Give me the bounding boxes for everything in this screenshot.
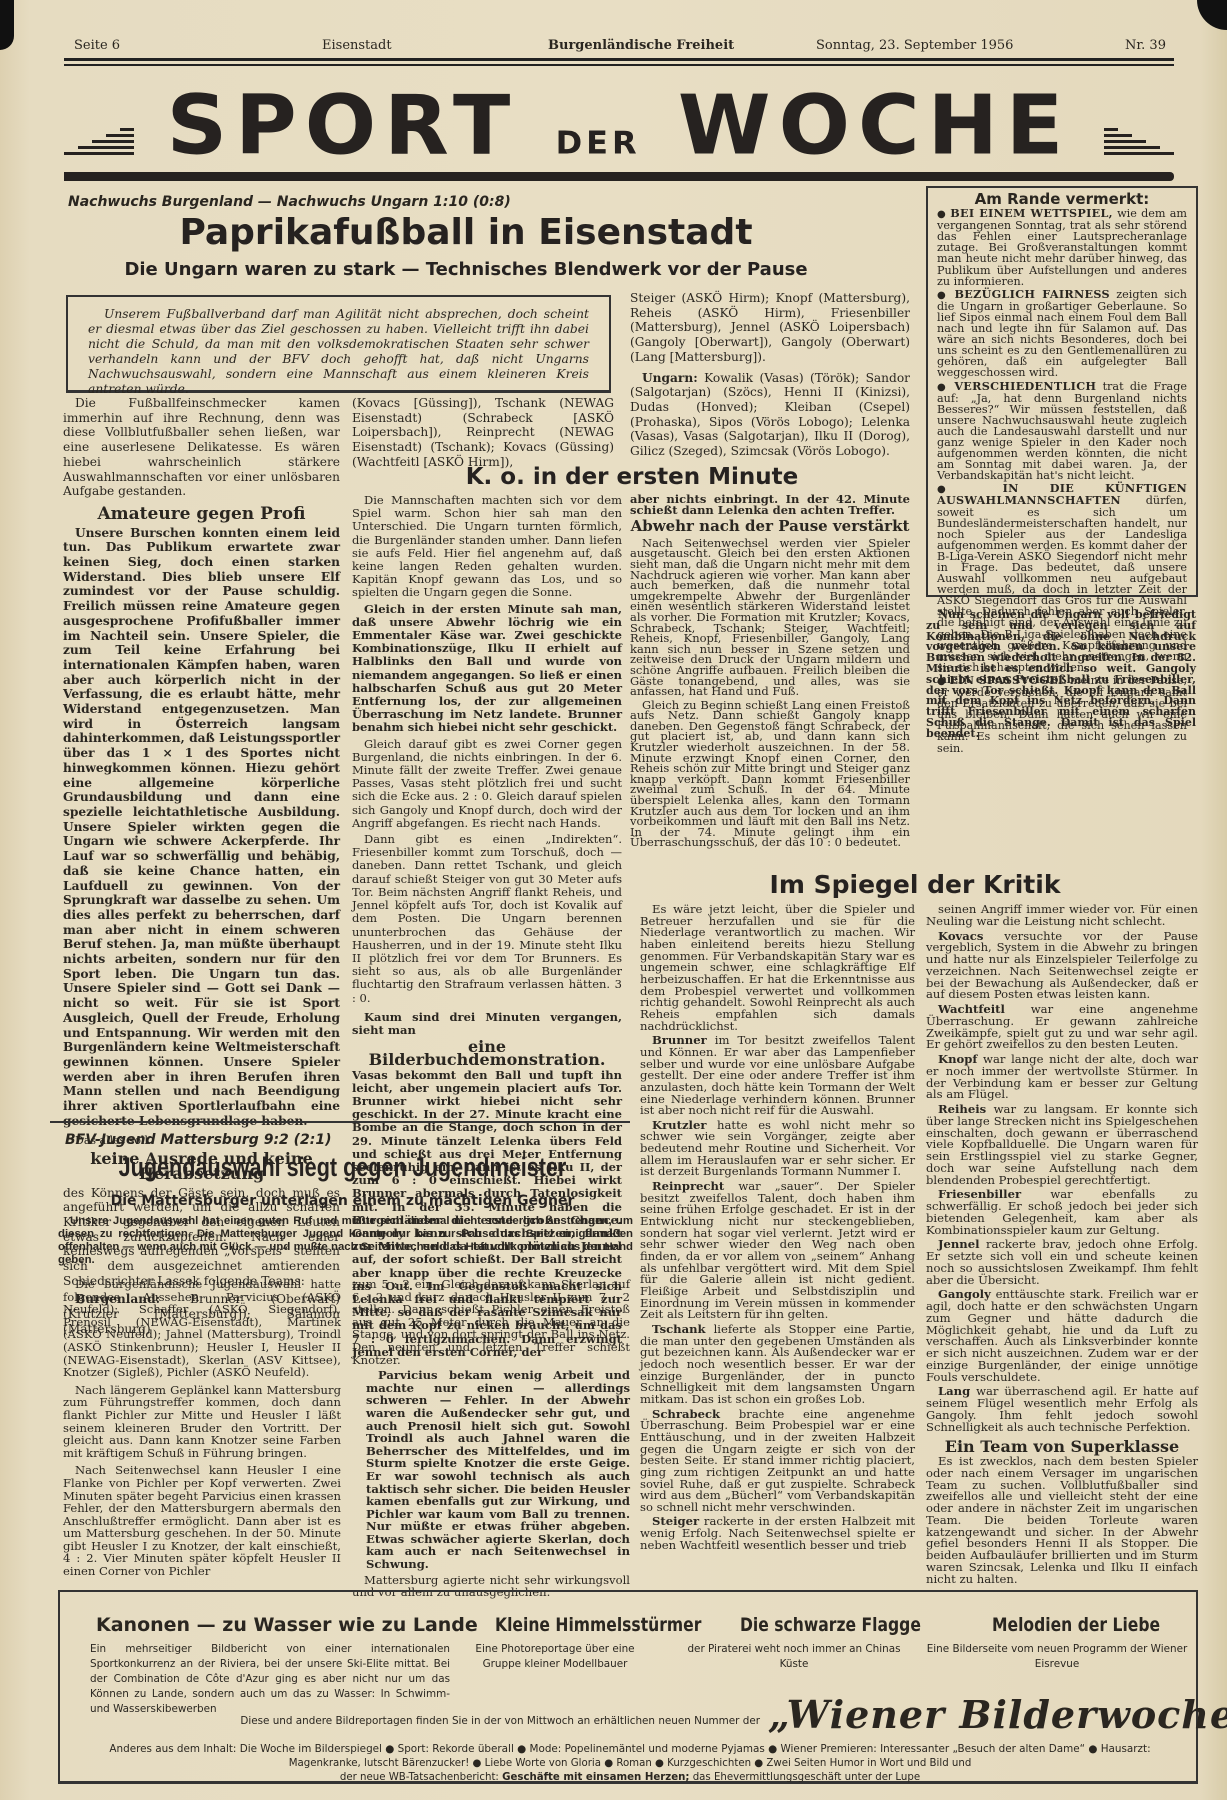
player-review: Knopf war lange nicht der alte, doch war… [926,1054,1198,1101]
scan-corner [0,0,14,50]
box-title: Am Rande vermerkt: [937,194,1187,205]
section-rule [50,1121,630,1123]
ad-text: Ein mehrseitiger Bildbericht von einer i… [90,1642,450,1717]
paragraph: Steiger (ASKÖ Hirm); Knopf (Mattersburg)… [630,291,910,365]
ad-text: der Piraterei weht noch immer an Chinas … [674,1642,914,1672]
paragraph: Es ist zwecklos, nach dem besten Spieler… [926,1456,1198,1585]
player-review: Schrabeck brachte eine angenehme Überras… [640,1409,915,1514]
article2-headline: Jugendauswahl siegt gegen Jugendmeister [113,1152,573,1183]
contents-text: der neue WB-Tatsachenbericht: [340,1772,499,1783]
paragraph: (Kovacs [Güssing]), Tschank (NEWAG Eisen… [352,396,614,470]
ad-headline: Die schwarze Flagge [740,1614,921,1636]
player-review: Gangoly enttäuschte stark. Freilich war … [926,1289,1198,1383]
player-review: Wachtfeitl war eine angenehme Überraschu… [926,1004,1198,1051]
player-review: Brunner im Tor besitzt zweifellos Talent… [640,1035,915,1117]
ad-headline: Kleine Himmelsstürmer [495,1614,701,1636]
article-column-2-top: (Kovacs [Güssing]), Tschank (NEWAG Eisen… [352,396,614,473]
player-review: Krutzler hatte es wohl nicht mehr so sch… [640,1120,915,1178]
player-review: Reinprecht war „sauer“. Der Spieler besi… [640,1181,915,1321]
paragraph: Nun scheinen die Ungarn voll befriedigt … [926,610,1196,740]
masthead: SPORT DER WOCHE [64,78,1174,173]
contents-highlight: Geschäfte mit einsamen Herzen; [502,1772,689,1783]
player-review: Jennel rackerte brav, jedoch ohne Erfolg… [926,1239,1198,1286]
issue-date: Sonntag, 23. September 1956 [816,38,1013,53]
article2-column-2: zum 5 : 2 ein. Gleich darauf kann Skerla… [352,1278,630,1602]
article-column-4: Nun scheinen die Ungarn voll befriedigt … [926,610,1196,743]
newspaper-name: Burgenländische Freiheit [548,38,734,53]
subheading: Abwehr nach der Pause verstärkt [630,521,910,532]
ad-contents-line-2: Magenkranke, lutscht Bärenzucker! ● Lieb… [80,1756,1180,1771]
intro-text: Unserem Fußballverband darf man Agilität… [88,307,589,397]
ad-text: Eine Bilderseite vom neuen Programm der … [922,1642,1192,1672]
paragraph: Parvicius bekam wenig Arbeit und machte … [366,1369,630,1571]
issue-number: Nr. 39 [1125,38,1166,53]
page-number: Seite 6 [74,38,120,53]
magazine-title: „Wiener Bilderwoche“ [768,1692,1227,1737]
player-review: Reiheis war zu langsam. Er konnte sich ü… [926,1104,1198,1186]
paragraph: Gleich zu Beginn schießt Lang einen Frei… [630,700,910,848]
intro-box: Unserem Fußballverband darf man Agilität… [66,295,611,393]
ad-headline: Melodien der Liebe [992,1614,1160,1636]
paragraph: Nach Seitenwechsel werden vier Spieler a… [630,538,910,697]
ad-headline: Kanonen — zu Wasser wie zu Lande [96,1614,478,1636]
article-column-3-top: Steiger (ASKÖ Hirm); Knopf (Mattersburg)… [630,291,910,462]
subheading: Amateure gegen Profi [63,507,340,522]
city: Eisenstadt [322,38,392,53]
scan-corner [1197,0,1227,30]
paragraph: Die Fußballfeinschmecker kamen immerhin … [63,396,340,499]
article-subhead: Die Ungarn waren zu stark — Technisches … [66,259,866,280]
subheading: eine Bilderbuchdemonstration. [352,1040,622,1066]
box-item: ● VERSCHIEDENTLICH trat die Frage auf: „… [937,381,1187,482]
masthead-rule [64,172,1174,181]
paragraph: Die burgenländische Jugendauswahl hatte … [63,1278,341,1379]
contents-text: das Ehevermittlungsgeschäft unter der Lu… [693,1772,920,1783]
paragraph: aber nichts einbringt. In der 42. Minute… [630,494,910,515]
kritik-column-a: Es wäre jetzt leicht, über die Spieler u… [640,904,915,1554]
player-review: Steiger rackerte in der ersten Halbzeit … [640,1516,915,1551]
ad-contents-line-1: Anderes aus dem Inhalt: Die Woche im Bil… [80,1742,1180,1757]
header-rule [64,58,1174,66]
box-item: ● BEZÜGLICH FAIRNESS zeigten sich die Un… [937,289,1187,379]
article2-subhead: Die Mattersburger unterlagen einem zu mä… [55,1193,630,1209]
paragraph: Nach Seitenwechsel kann Heusler I eine F… [63,1464,341,1577]
team-label: Ungarn: [642,371,698,385]
player-review: Kovacs versuchte vor der Pause vergeblic… [926,931,1198,1002]
page-header: Seite 6 Eisenstadt Burgenländische Freih… [70,38,1170,56]
player-review: Friesenbiller war ebenfalls zu schwerfäl… [926,1189,1198,1236]
article-kicker: Nachwuchs Burgenland — Nachwuchs Ungarn … [68,194,511,210]
paragraph: Gleich in der ersten Minute sah man, daß… [352,603,622,735]
ad-contents-line-3: der neue WB-Tatsachenbericht: Geschäfte … [80,1770,1180,1785]
ad-promo-text: Diese und andere Bildreportagen finden S… [100,1714,760,1729]
stairs-ornament-right [1104,125,1174,155]
paragraph: zum 5 : 2 ein. Gleich darauf kann Skerla… [352,1278,630,1366]
newspaper-page: Seite 6 Eisenstadt Burgenländische Freih… [0,0,1227,1800]
player-review: Lang war überraschend agil. Er hatte auf… [926,1386,1198,1433]
paragraph: Nach längerem Geplänkel kann Mattersburg… [63,1384,341,1460]
am-rande-box: Am Rande vermerkt: ● BEI EINEM WETTSPIEL… [926,186,1198,597]
paragraph: Unsere Jugendauswahl hat einen guten Ruf… [58,1215,633,1267]
article-headline: Paprikafußball in Eisenstadt [66,212,866,253]
article2-lead: Unsere Jugendauswahl hat einen guten Ruf… [58,1215,633,1270]
subheading: Ein Team von Superklasse [926,1441,1198,1453]
article2-kicker: BFV-Jugend Mattersburg 9:2 (2:1) [65,1132,332,1148]
paragraph: Gleich darauf gibt es zwei Corner gegen … [352,738,622,830]
ad-box: Kanonen — zu Wasser wie zu Lande Ein meh… [58,1590,1198,1784]
article-column-3: aber nichts einbringt. In der 42. Minute… [630,494,910,851]
paragraph: Unsere Burschen konnten einem leid tun. … [63,526,340,1129]
box-item: ● BEI EINEM WETTSPIEL, wie dem am vergan… [937,208,1187,287]
player-review: Tschank lieferte als Stopper eine Partie… [640,1324,915,1406]
ad-text: Eine Photoreportage über eine Gruppe kle… [460,1642,650,1672]
section-headline: K. o. in der ersten Minute [352,464,912,490]
paragraph: Die Mannschaften machten sich vor dem Sp… [352,494,622,600]
paragraph: Dann gibt es einen „Indirekten“. Friesen… [352,833,622,1005]
player-review: Es wäre jetzt leicht, über die Spieler u… [640,904,915,1032]
player-review: seinen Angriff immer wieder vor. Für ein… [926,904,1198,928]
kritik-column-b: seinen Angriff immer wieder vor. Für ein… [926,904,1198,1588]
kritik-headline: Im Spiegel der Kritik [630,870,1200,899]
lead-in: Kaum sind drei Minuten vergangen, sieht … [352,1011,622,1037]
article2-column-1: Die burgenländische Jugendauswahl hatte … [63,1278,341,1583]
